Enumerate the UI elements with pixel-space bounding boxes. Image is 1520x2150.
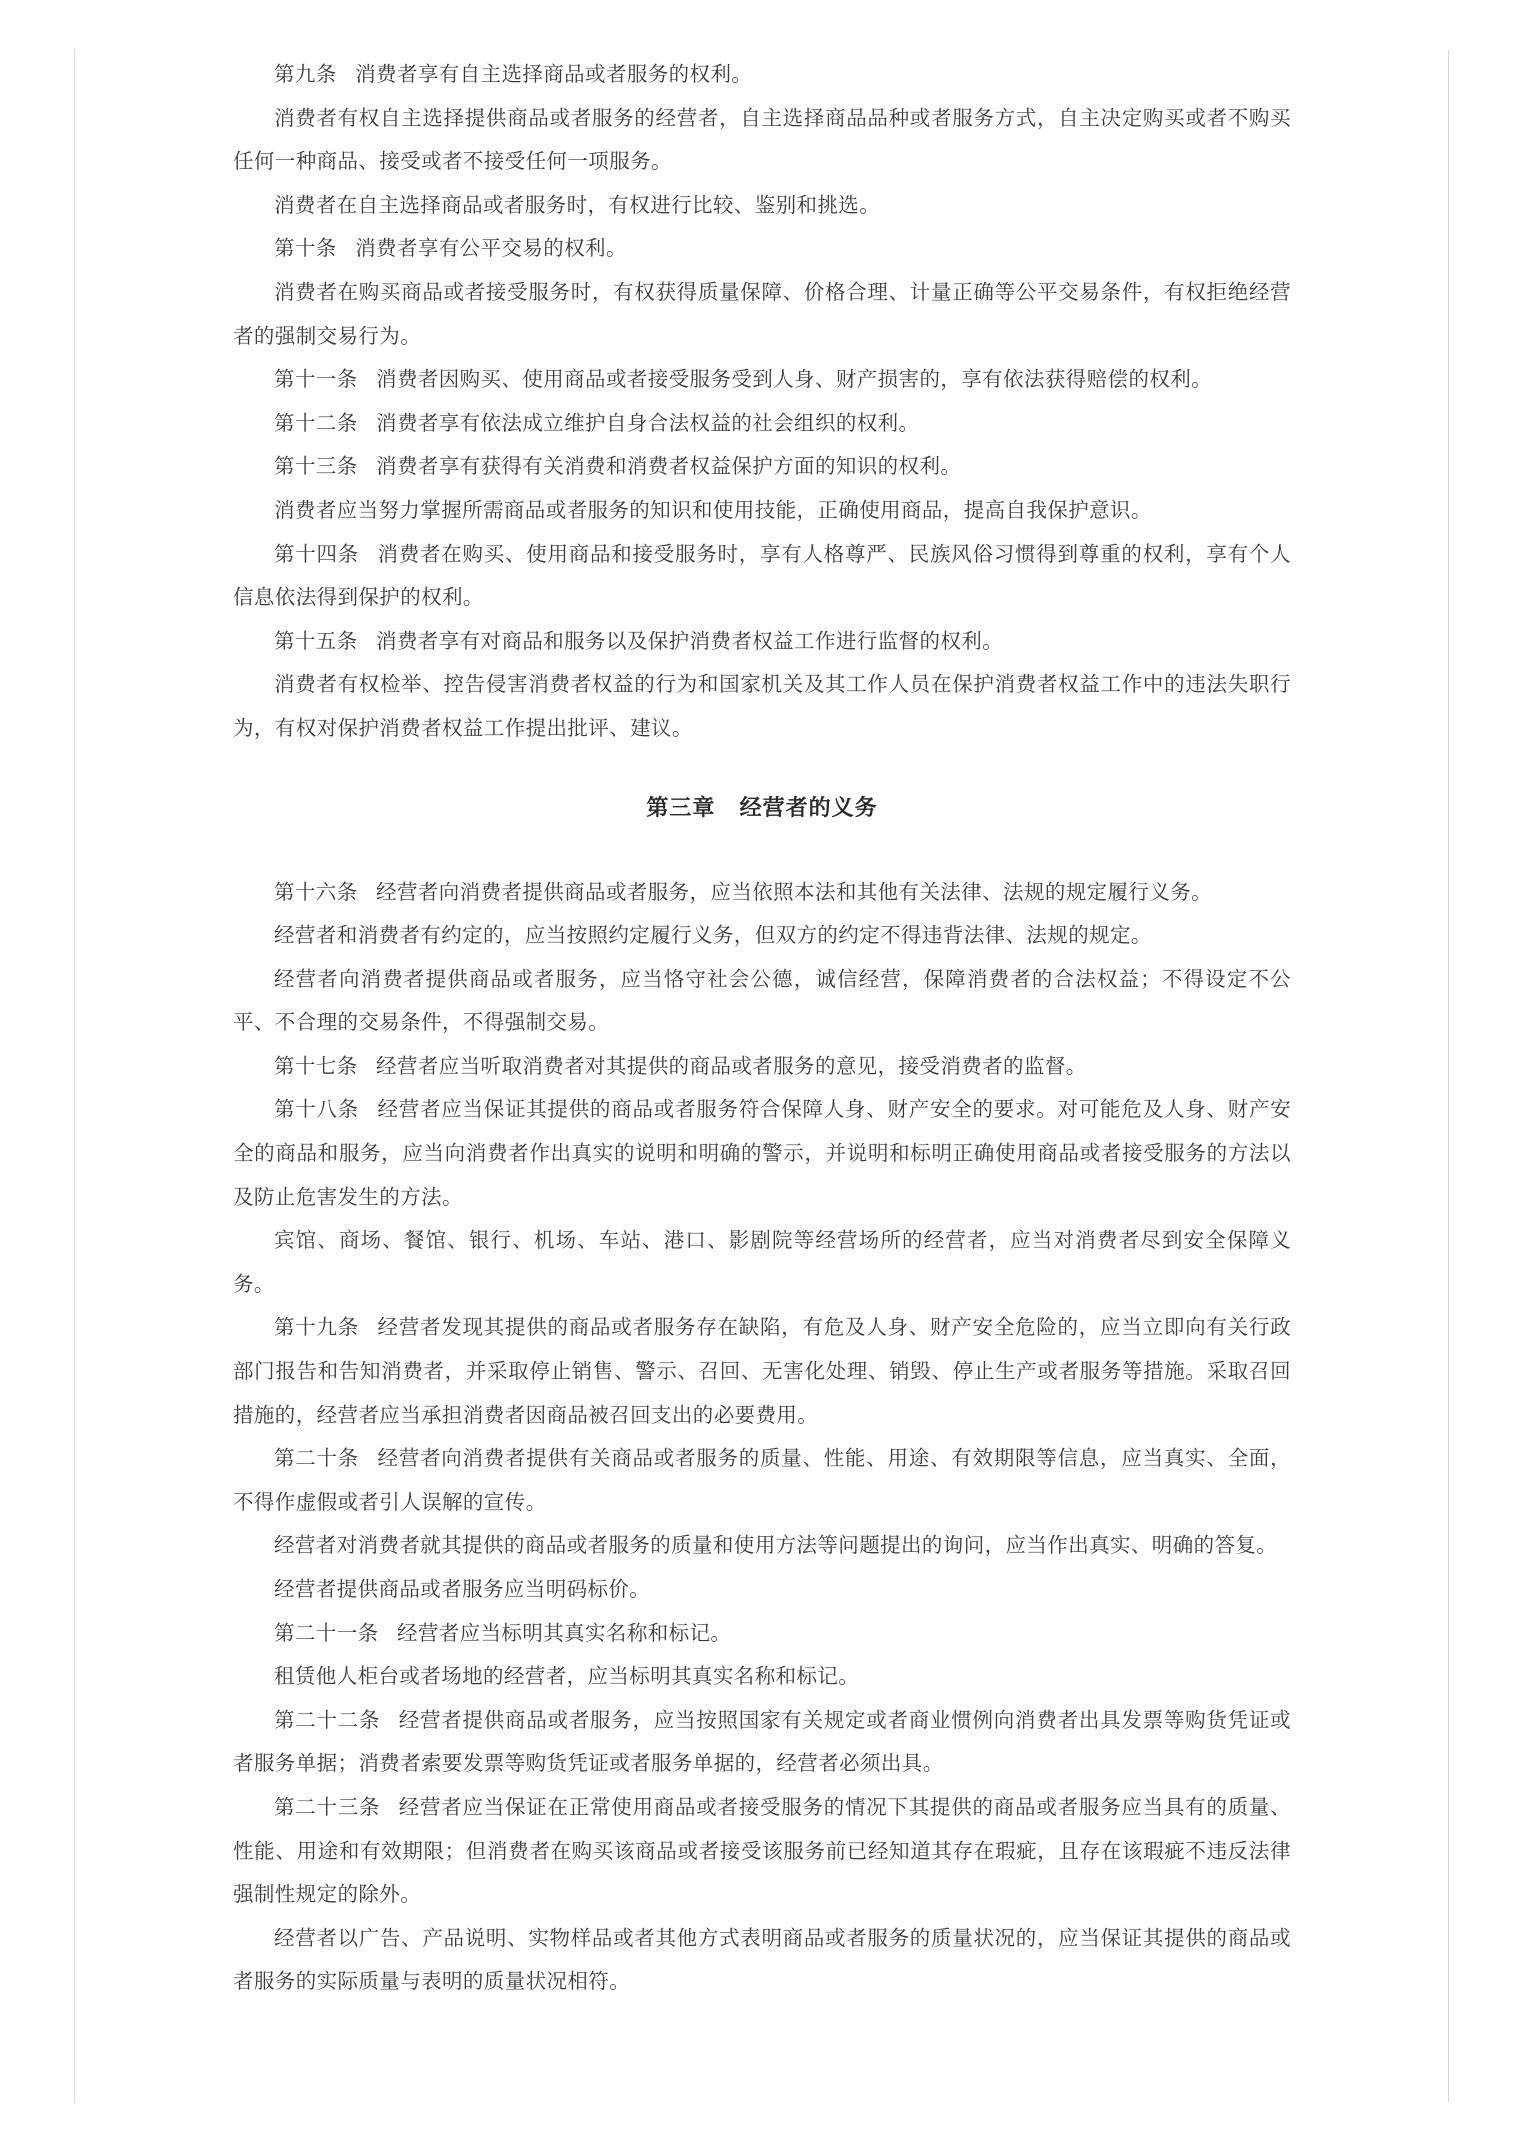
paragraph-text: 消费者享有公平交易的权利。: [355, 236, 627, 260]
article-number: 第十五条: [274, 629, 358, 653]
article-number: 第十七条: [274, 1054, 358, 1078]
section-operator-obligations: 第十六条经营者向消费者提供商品或者服务，应当依照本法和其他有关法律、法规的规定履…: [233, 871, 1291, 2004]
paragraph: 经营者提供商品或者服务应当明码标价。: [233, 1568, 1291, 1612]
paragraph-article-23: 第二十三条经营者应当保证在正常使用商品或者接受服务的情况下其提供的商品或者服务应…: [233, 1786, 1291, 1917]
paragraph-text: 消费者应当努力掌握所需商品或者服务的知识和使用技能，正确使用商品，提高自我保护意…: [274, 498, 1152, 522]
paragraph: 消费者在自主选择商品或者服务时，有权进行比较、鉴别和挑选。: [233, 184, 1291, 228]
paragraph-text: 经营者应当保证其提供的商品或者服务符合保障人身、财产安全的要求。对可能危及人身、…: [233, 1097, 1291, 1208]
paragraph-text: 消费者在自主选择商品或者服务时，有权进行比较、鉴别和挑选。: [274, 193, 880, 217]
paragraph: 经营者对消费者就其提供的商品或者服务的质量和使用方法等问题提出的询问，应当作出真…: [233, 1524, 1291, 1568]
paragraph: 租赁他人柜台或者场地的经营者，应当标明其真实名称和标记。: [233, 1655, 1291, 1699]
paragraph-article-16: 第十六条经营者向消费者提供商品或者服务，应当依照本法和其他有关法律、法规的规定履…: [233, 871, 1291, 915]
paragraph: 经营者向消费者提供商品或者服务，应当恪守社会公德，诚信经营，保障消费者的合法权益…: [233, 958, 1291, 1045]
article-number: 第十条: [274, 236, 337, 260]
paragraph-text: 租赁他人柜台或者场地的经营者，应当标明其真实名称和标记。: [274, 1664, 859, 1688]
paragraph-text: 经营者以广告、产品说明、实物样品或者其他方式表明商品或者服务的质量状况的，应当保…: [233, 1926, 1291, 1994]
paragraph: 消费者应当努力掌握所需商品或者服务的知识和使用技能，正确使用商品，提高自我保护意…: [233, 489, 1291, 533]
paragraph-text: 经营者向消费者提供有关商品或者服务的质量、性能、用途、有效期限等信息，应当真实、…: [233, 1446, 1291, 1514]
article-number: 第十三条: [274, 454, 358, 478]
paragraph-article-10: 第十条消费者享有公平交易的权利。: [233, 227, 1291, 271]
paragraph-text: 经营者提供商品或者服务，应当按照国家有关规定或者商业惯例向消费者出具发票等购货凭…: [233, 1708, 1291, 1776]
paragraph-text: 经营者提供商品或者服务应当明码标价。: [274, 1577, 650, 1601]
paragraph-text: 经营者应当保证在正常使用商品或者接受服务的情况下其提供的商品或者服务应当具有的质…: [233, 1795, 1291, 1906]
chapter-heading: 第三章经营者的义务: [233, 788, 1291, 830]
section-consumer-rights: 第九条消费者享有自主选择商品或者服务的权利。 消费者有权自主选择提供商品或者服务…: [233, 53, 1291, 751]
document-body: 第九条消费者享有自主选择商品或者服务的权利。 消费者有权自主选择提供商品或者服务…: [233, 53, 1291, 2004]
paragraph-text: 消费者有权检举、控告侵害消费者权益的行为和国家机关及其工作人员在保护消费者权益工…: [233, 672, 1291, 740]
article-number: 第二十条: [274, 1446, 359, 1470]
article-number: 第十八条: [274, 1097, 359, 1121]
paragraph: 宾馆、商场、餐馆、银行、机场、车站、港口、影剧院等经营场所的经营者，应当对消费者…: [233, 1219, 1291, 1306]
paragraph-article-20: 第二十条经营者向消费者提供有关商品或者服务的质量、性能、用途、有效期限等信息，应…: [233, 1437, 1291, 1524]
paragraph-article-11: 第十一条消费者因购买、使用商品或者接受服务受到人身、财产损害的，享有依法获得赔偿…: [233, 358, 1291, 402]
chapter-number: 第三章: [646, 796, 715, 821]
page-border-right: [1448, 50, 1449, 2102]
article-number: 第二十一条: [274, 1621, 379, 1645]
chapter-title: 经营者的义务: [740, 796, 878, 821]
paragraph-text: 消费者享有自主选择商品或者服务的权利。: [355, 62, 752, 86]
paragraph-article-13: 第十三条消费者享有获得有关消费和消费者权益保护方面的知识的权利。: [233, 445, 1291, 489]
article-number: 第二十三条: [274, 1795, 380, 1819]
paragraph: 经营者以广告、产品说明、实物样品或者其他方式表明商品或者服务的质量状况的，应当保…: [233, 1917, 1291, 2004]
page-border-left: [74, 50, 75, 2102]
paragraph-text: 消费者在购买、使用商品和接受服务时，享有人格尊严、民族风俗习惯得到尊重的权利，享…: [233, 542, 1291, 610]
paragraph-article-21: 第二十一条经营者应当标明其真实名称和标记。: [233, 1612, 1291, 1656]
paragraph-text: 消费者在购买商品或者接受服务时，有权获得质量保障、价格合理、计量正确等公平交易条…: [233, 280, 1291, 348]
paragraph-text: 消费者享有获得有关消费和消费者权益保护方面的知识的权利。: [376, 454, 961, 478]
paragraph-article-12: 第十二条消费者享有依法成立维护自身合法权益的社会组织的权利。: [233, 402, 1291, 446]
paragraph-text: 宾馆、商场、餐馆、银行、机场、车站、港口、影剧院等经营场所的经营者，应当对消费者…: [233, 1228, 1291, 1296]
paragraph-text: 经营者应当标明其真实名称和标记。: [397, 1621, 731, 1645]
paragraph-article-9: 第九条消费者享有自主选择商品或者服务的权利。: [233, 53, 1291, 97]
article-number: 第十二条: [274, 411, 358, 435]
paragraph-text: 经营者应当听取消费者对其提供的商品或者服务的意见，接受消费者的监督。: [376, 1054, 1087, 1078]
paragraph: 经营者和消费者有约定的，应当按照约定履行义务，但双方的约定不得违背法律、法规的规…: [233, 914, 1291, 958]
article-number: 第十一条: [274, 367, 358, 391]
article-number: 第十四条: [274, 542, 359, 566]
paragraph-text: 消费者享有对商品和服务以及保护消费者权益工作进行监督的权利。: [376, 629, 1003, 653]
paragraph-article-17: 第十七条经营者应当听取消费者对其提供的商品或者服务的意见，接受消费者的监督。: [233, 1045, 1291, 1089]
paragraph: 消费者有权自主选择提供商品或者服务的经营者，自主选择商品品种或者服务方式，自主决…: [233, 97, 1291, 184]
article-number: 第二十二条: [274, 1708, 380, 1732]
paragraph-text: 经营者和消费者有约定的，应当按照约定履行义务，但双方的约定不得违背法律、法规的规…: [274, 923, 1152, 947]
paragraph-text: 经营者发现其提供的商品或者服务存在缺陷，有危及人身、财产安全危险的，应当立即向有…: [233, 1315, 1291, 1426]
paragraph-text: 经营者向消费者提供商品或者服务，应当恪守社会公德，诚信经营，保障消费者的合法权益…: [233, 967, 1291, 1035]
paragraph-article-18: 第十八条经营者应当保证其提供的商品或者服务符合保障人身、财产安全的要求。对可能危…: [233, 1088, 1291, 1219]
paragraph-article-14: 第十四条消费者在购买、使用商品和接受服务时，享有人格尊严、民族风俗习惯得到尊重的…: [233, 533, 1291, 620]
paragraph-text: 消费者因购买、使用商品或者接受服务受到人身、财产损害的，享有依法获得赔偿的权利。: [376, 367, 1212, 391]
paragraph-article-22: 第二十二条经营者提供商品或者服务，应当按照国家有关规定或者商业惯例向消费者出具发…: [233, 1699, 1291, 1786]
paragraph-text: 经营者向消费者提供商品或者服务，应当依照本法和其他有关法律、法规的规定履行义务。: [376, 880, 1212, 904]
paragraph: 消费者在购买商品或者接受服务时，有权获得质量保障、价格合理、计量正确等公平交易条…: [233, 271, 1291, 358]
paragraph-text: 消费者有权自主选择提供商品或者服务的经营者，自主选择商品品种或者服务方式，自主决…: [233, 106, 1291, 174]
paragraph: 消费者有权检举、控告侵害消费者权益的行为和国家机关及其工作人员在保护消费者权益工…: [233, 663, 1291, 750]
paragraph-article-15: 第十五条消费者享有对商品和服务以及保护消费者权益工作进行监督的权利。: [233, 620, 1291, 664]
paragraph-text: 经营者对消费者就其提供的商品或者服务的质量和使用方法等问题提出的询问，应当作出真…: [274, 1533, 1277, 1557]
paragraph-article-19: 第十九条经营者发现其提供的商品或者服务存在缺陷，有危及人身、财产安全危险的，应当…: [233, 1306, 1291, 1437]
article-number: 第九条: [274, 62, 337, 86]
article-number: 第十六条: [274, 880, 358, 904]
paragraph-text: 消费者享有依法成立维护自身合法权益的社会组织的权利。: [376, 411, 919, 435]
article-number: 第十九条: [274, 1315, 359, 1339]
